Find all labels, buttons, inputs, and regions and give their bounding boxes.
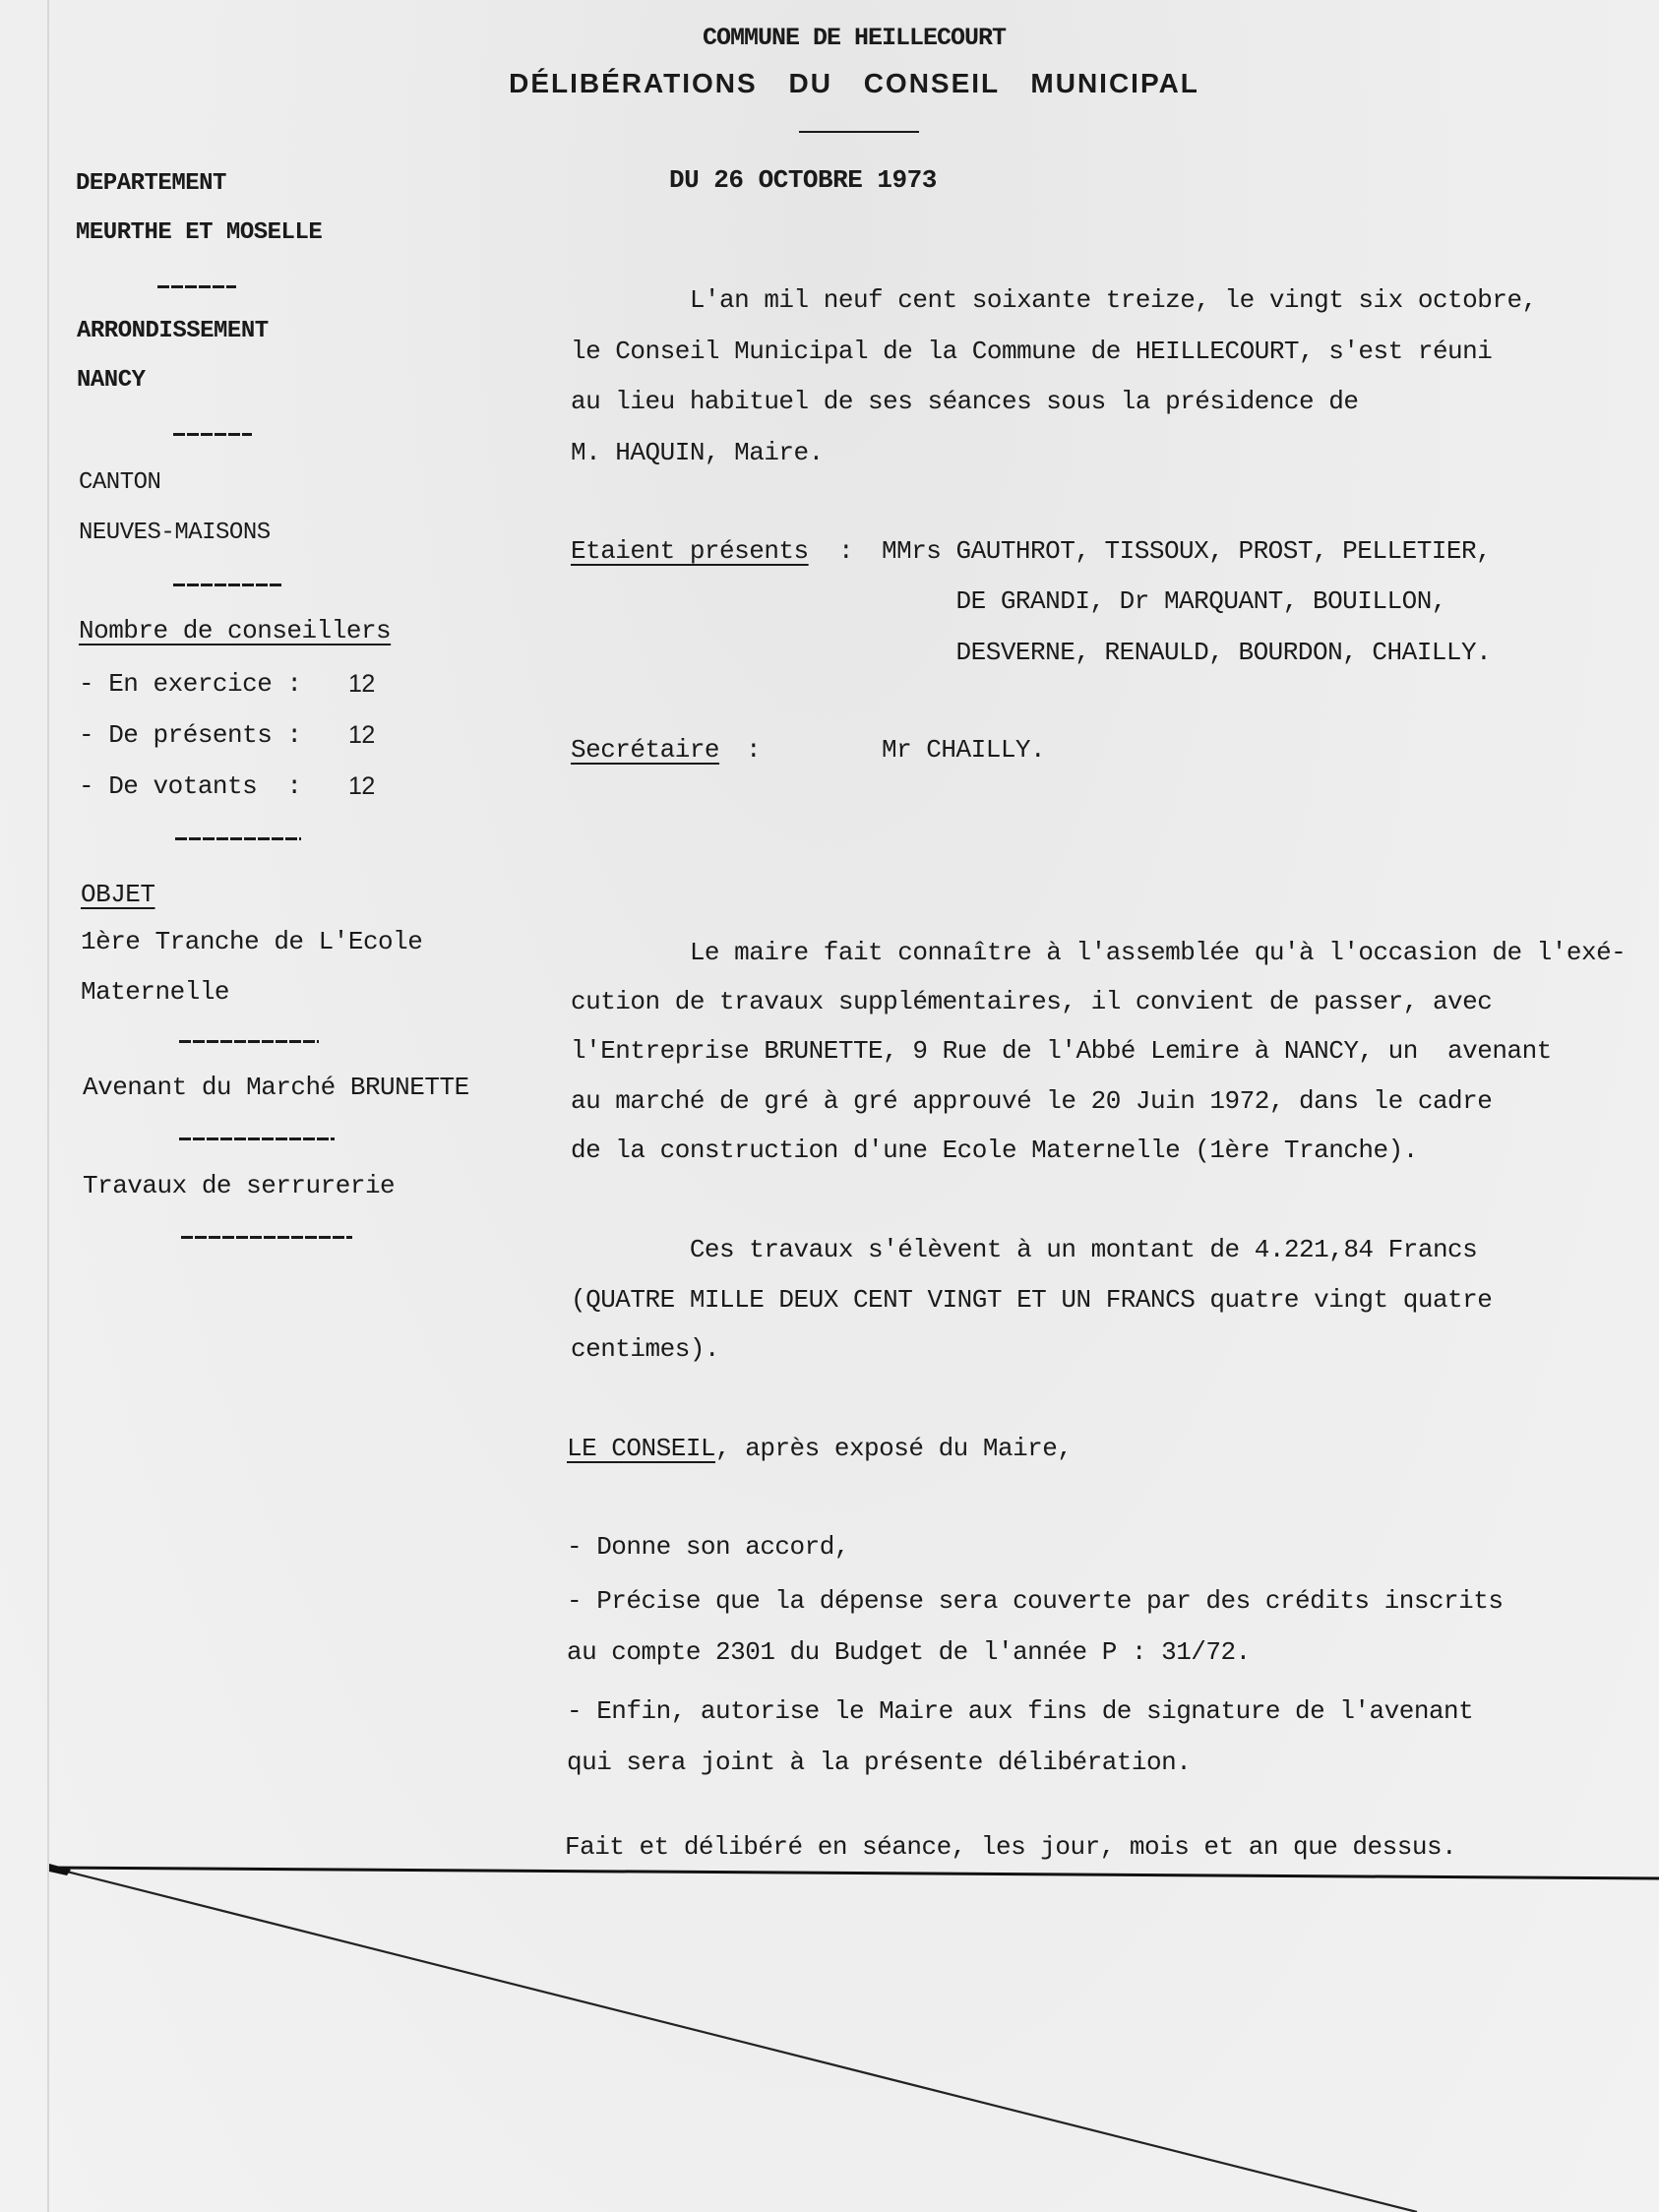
text-line: centimes).: [571, 1334, 719, 1364]
text-line: cution de travaux supplémentaires, il co…: [571, 987, 1492, 1016]
separator: [157, 285, 236, 288]
count-label: - De votants :: [79, 771, 302, 801]
separator: [179, 1040, 319, 1043]
presents-line: DE GRANDI, Dr MARQUANT, BOUILLON,: [882, 586, 1446, 616]
arrondissement-value: NANCY: [77, 366, 146, 396]
conseillers-heading: Nombre de conseillers: [79, 616, 391, 645]
presents-colon: :: [838, 536, 853, 566]
count-label: - En exercice :: [79, 669, 302, 699]
text-line: au marché de gré à gré approuvé le 20 Ju…: [571, 1086, 1492, 1116]
presents-line: MMrs GAUTHROT, TISSOUX, PROST, PELLETIER…: [882, 536, 1491, 566]
objet-heading: OBJET: [81, 880, 155, 909]
conseil-line: LE CONSEIL, après exposé du Maire,: [567, 1434, 1073, 1463]
count-value: 12: [348, 720, 375, 750]
separator: [173, 584, 283, 586]
decision-line: - Précise que la dépense sera couverte p…: [567, 1586, 1503, 1616]
secretaire-value: Mr CHAILLY.: [882, 735, 1045, 765]
departement-label: DEPARTEMENT: [76, 169, 226, 199]
text-line: (QUATRE MILLE DEUX CENT VINGT ET UN FRAN…: [571, 1285, 1492, 1315]
departement-value: MEURTHE ET MOSELLE: [76, 218, 322, 248]
separator: [181, 1236, 352, 1239]
separator: [173, 433, 252, 436]
page-edge: [47, 0, 49, 2212]
decision-line: qui sera joint à la présente délibératio…: [567, 1748, 1191, 1777]
title-rule: [799, 131, 919, 133]
text-line: M. HAQUIN, Maire.: [571, 438, 824, 467]
commune-name: COMMUNE DE HEILLECOURT: [0, 24, 1659, 53]
text-line: l'Entreprise BRUNETTE, 9 Rue de l'Abbé L…: [571, 1036, 1552, 1066]
arrondissement-label: ARRONDISSEMENT: [77, 317, 269, 346]
separator: [175, 837, 301, 840]
presents-line: DESVERNE, RENAULD, BOURDON, CHAILLY.: [882, 638, 1491, 667]
separator: [179, 1137, 335, 1140]
decision-line: - Donne son accord,: [567, 1532, 849, 1562]
objet-line: 1ère Tranche de L'Ecole: [81, 927, 422, 956]
text-line: de la construction d'une Ecole Maternell…: [571, 1136, 1418, 1165]
decision-line: au compte 2301 du Budget de l'année P : …: [567, 1637, 1251, 1667]
count-value: 12: [348, 771, 375, 801]
conseil-rest: , après exposé du Maire,: [715, 1434, 1072, 1463]
count-label: - De présents :: [79, 720, 302, 750]
text-line: le Conseil Municipal de la Commune de HE…: [571, 337, 1492, 366]
text-line: L'an mil neuf cent soixante treize, le v…: [571, 285, 1537, 315]
document-page: COMMUNE DE HEILLECOURT DÉLIBÉRATIONS DU …: [0, 0, 1659, 2212]
objet-line: Maternelle: [81, 977, 229, 1007]
document-title: DÉLIBÉRATIONS DU CONSEIL MUNICIPAL: [0, 69, 1659, 98]
objet-line: Avenant du Marché BRUNETTE: [83, 1073, 469, 1102]
presents-label: Etaient présents: [571, 536, 809, 566]
decision-line: - Enfin, autorise le Maire aux fins de s…: [567, 1696, 1473, 1726]
text-line: Ces travaux s'élèvent à un montant de 4.…: [571, 1235, 1477, 1264]
secretaire-colon: :: [746, 735, 761, 765]
conseil-label: LE CONSEIL: [567, 1434, 715, 1463]
count-value: 12: [348, 669, 375, 699]
canton-value: NEUVES-MAISONS: [79, 519, 271, 548]
secretaire-label: Secrétaire: [571, 735, 719, 765]
text-line: au lieu habituel de ses séances sous la …: [571, 387, 1358, 416]
closing-line: Fait et délibéré en séance, les jour, mo…: [565, 1832, 1456, 1862]
objet-line: Travaux de serrurerie: [83, 1171, 395, 1200]
meeting-date: DU 26 OCTOBRE 1973: [669, 165, 937, 195]
text-line: Le maire fait connaître à l'assemblée qu…: [571, 938, 1626, 967]
canton-label: CANTON: [79, 468, 160, 498]
